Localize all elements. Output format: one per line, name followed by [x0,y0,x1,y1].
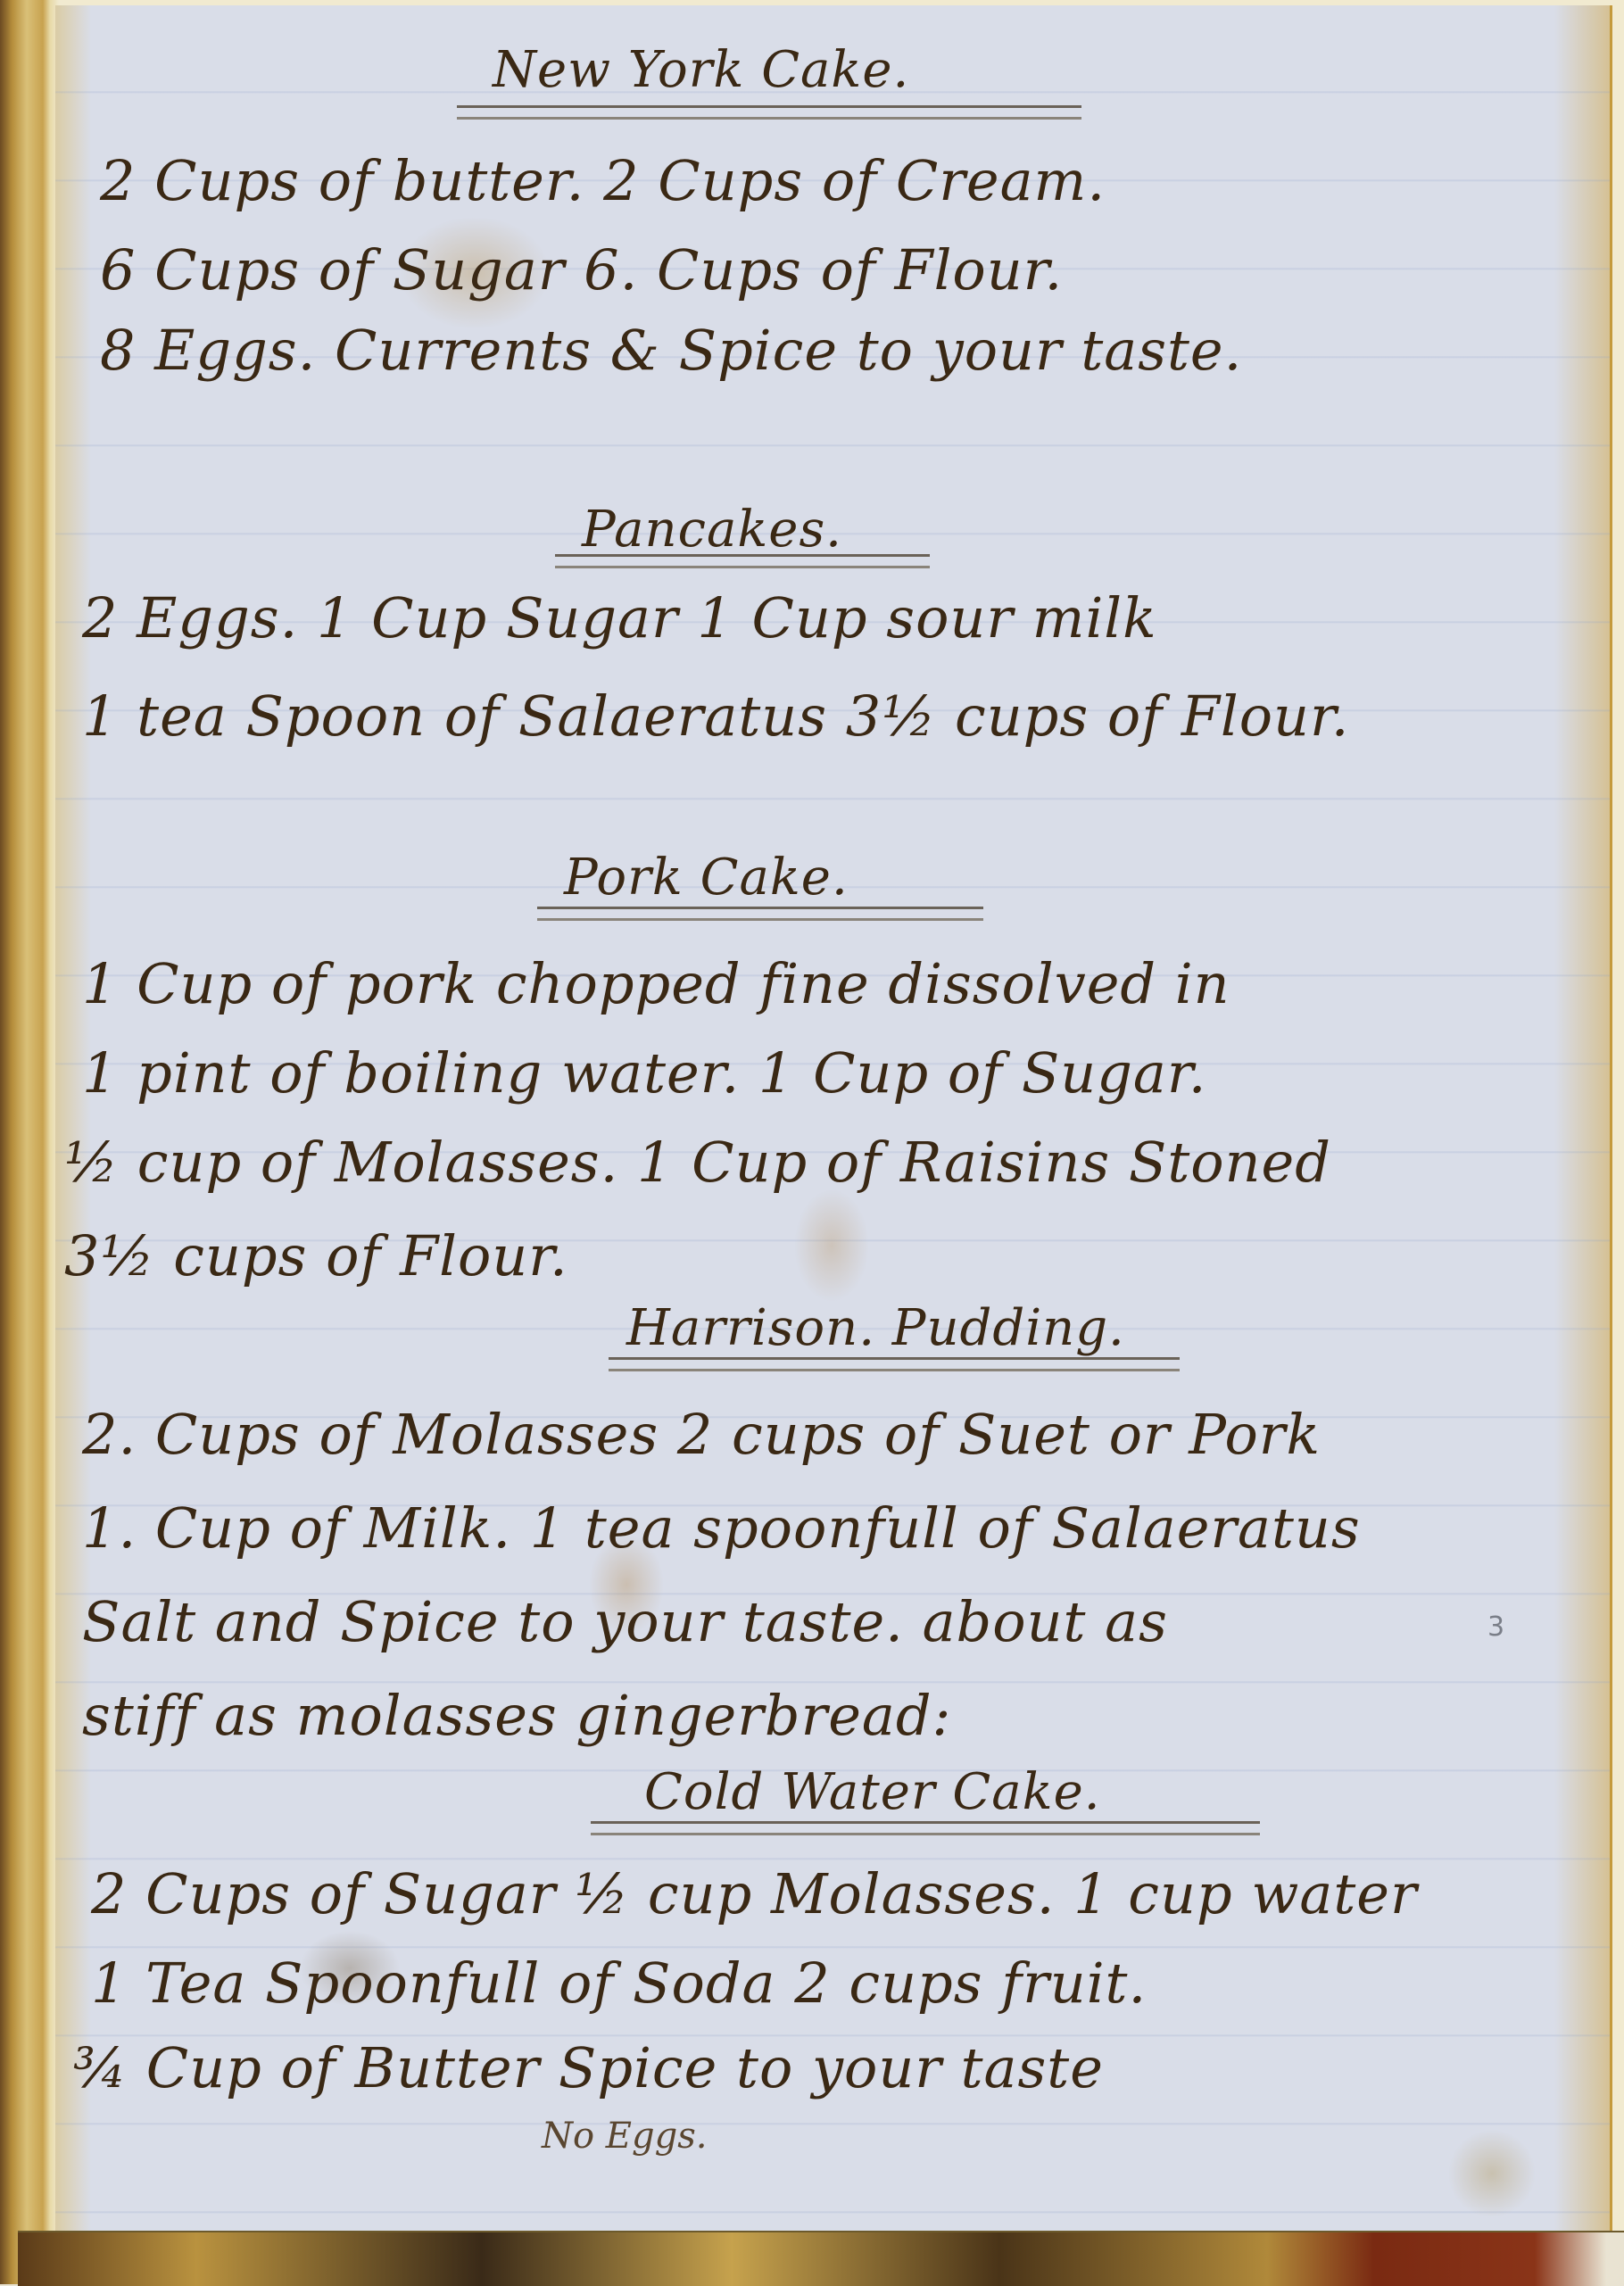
margin-page-mark: 3 [1487,1611,1504,1643]
recipe-line: 1 pint of boiling water. 1 Cup of Sugar. [82,1040,1206,1106]
recipe-title: Pork Cake. [564,849,849,907]
recipe-line: 2 Cups of Sugar ½ cup Molasses. 1 cup wa… [91,1861,1418,1926]
recipe-line: 6 Cups of Sugar 6. Cups of Flour. [100,237,1063,302]
recipe-line: 1 Cup of pork chopped fine dissolved in [82,951,1230,1016]
recipe-line: 1 tea Spoon of Salaeratus 3½ cups of Flo… [82,683,1350,749]
title-underline [555,554,930,568]
recipe-line: 3½ cups of Flour. [64,1223,568,1288]
recipe-line: 8 Eggs. Currents & Spice to your taste. [100,318,1242,383]
recipe-line: 2 Cups of butter. 2 Cups of Cream. [100,148,1106,213]
recipe-line: 2. Cups of Molasses 2 cups of Suet or Po… [82,1402,1321,1467]
page-content: New York Cake. 2 Cups of butter. 2 Cups … [55,5,1610,2254]
recipe-title: New York Cake. [493,41,909,99]
book-spread: New York Cake. 2 Cups of butter. 2 Cups … [0,0,1624,2284]
recipe-title: Pancakes. [582,501,842,559]
title-underline [609,1357,1180,1371]
recipe-line: 2 Eggs. 1 Cup Sugar 1 Cup sour milk [82,585,1157,650]
recipe-line: 1 Tea Spoonfull of Soda 2 cups fruit. [91,1951,1147,2016]
recipe-line: 1. Cup of Milk. 1 tea spoonfull of Salae… [82,1495,1361,1561]
recipe-line: stiff as molasses gingerbread: [82,1683,951,1748]
recipe-line: ¾ Cup of Butter Spice to your taste [73,2035,1104,2100]
recipe-line: ½ cup of Molasses. 1 Cup of Raisins Ston… [64,1130,1331,1195]
title-underline [591,1821,1260,1835]
recipe-title: Cold Water Cake. [644,1763,1101,1821]
title-underline [457,105,1081,120]
recipe-line: Salt and Spice to your taste. about as [82,1589,1168,1654]
title-underline [537,907,983,921]
recipe-note: No Eggs. [542,2116,707,2157]
recipe-title: Harrison. Pudding. [626,1299,1125,1357]
